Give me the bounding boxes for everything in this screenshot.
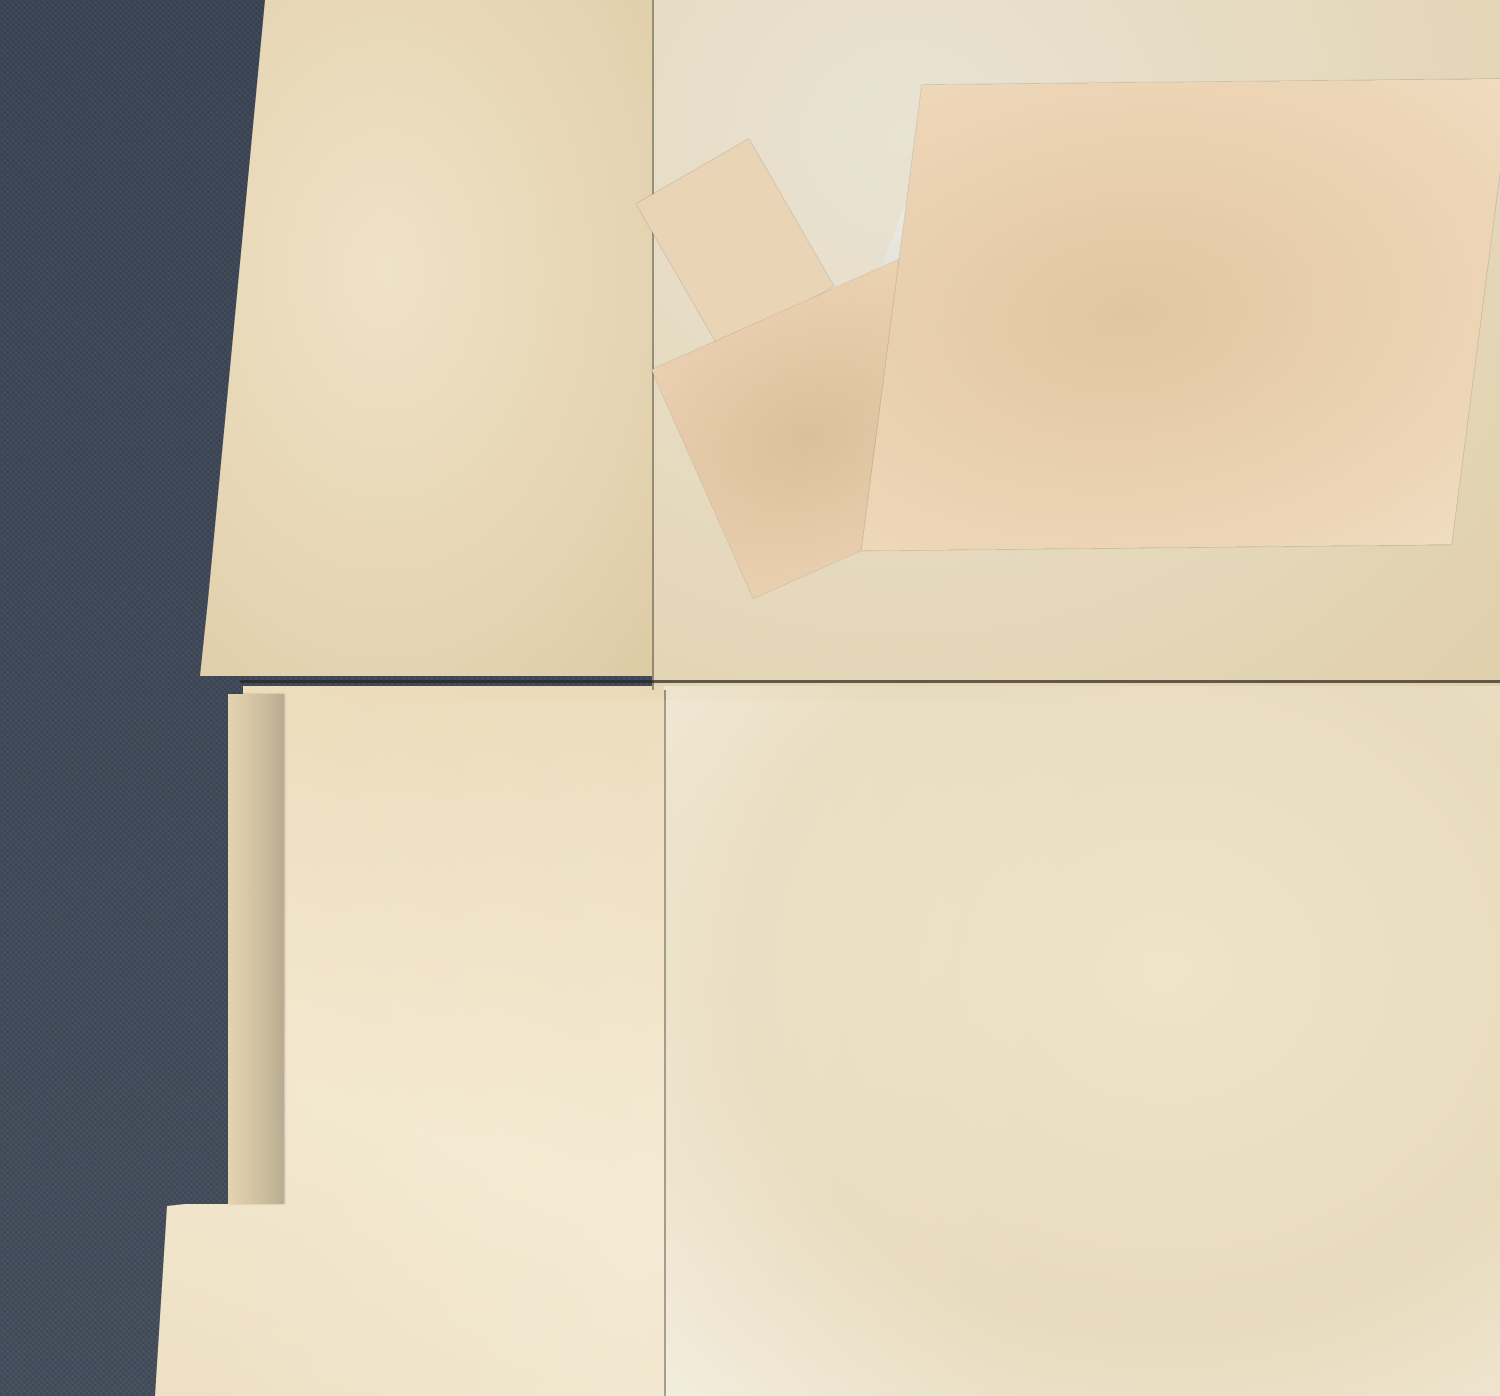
paper-panel-bottom-right [664, 686, 1500, 1396]
vertical-fold-upper [652, 0, 654, 690]
horizontal-fold-tear [240, 680, 1500, 683]
paper-panel-top-left [200, 0, 662, 676]
paper-edge-strip [228, 694, 284, 1204]
repair-patch-large [862, 79, 1500, 551]
vertical-fold-lower [664, 690, 666, 1396]
